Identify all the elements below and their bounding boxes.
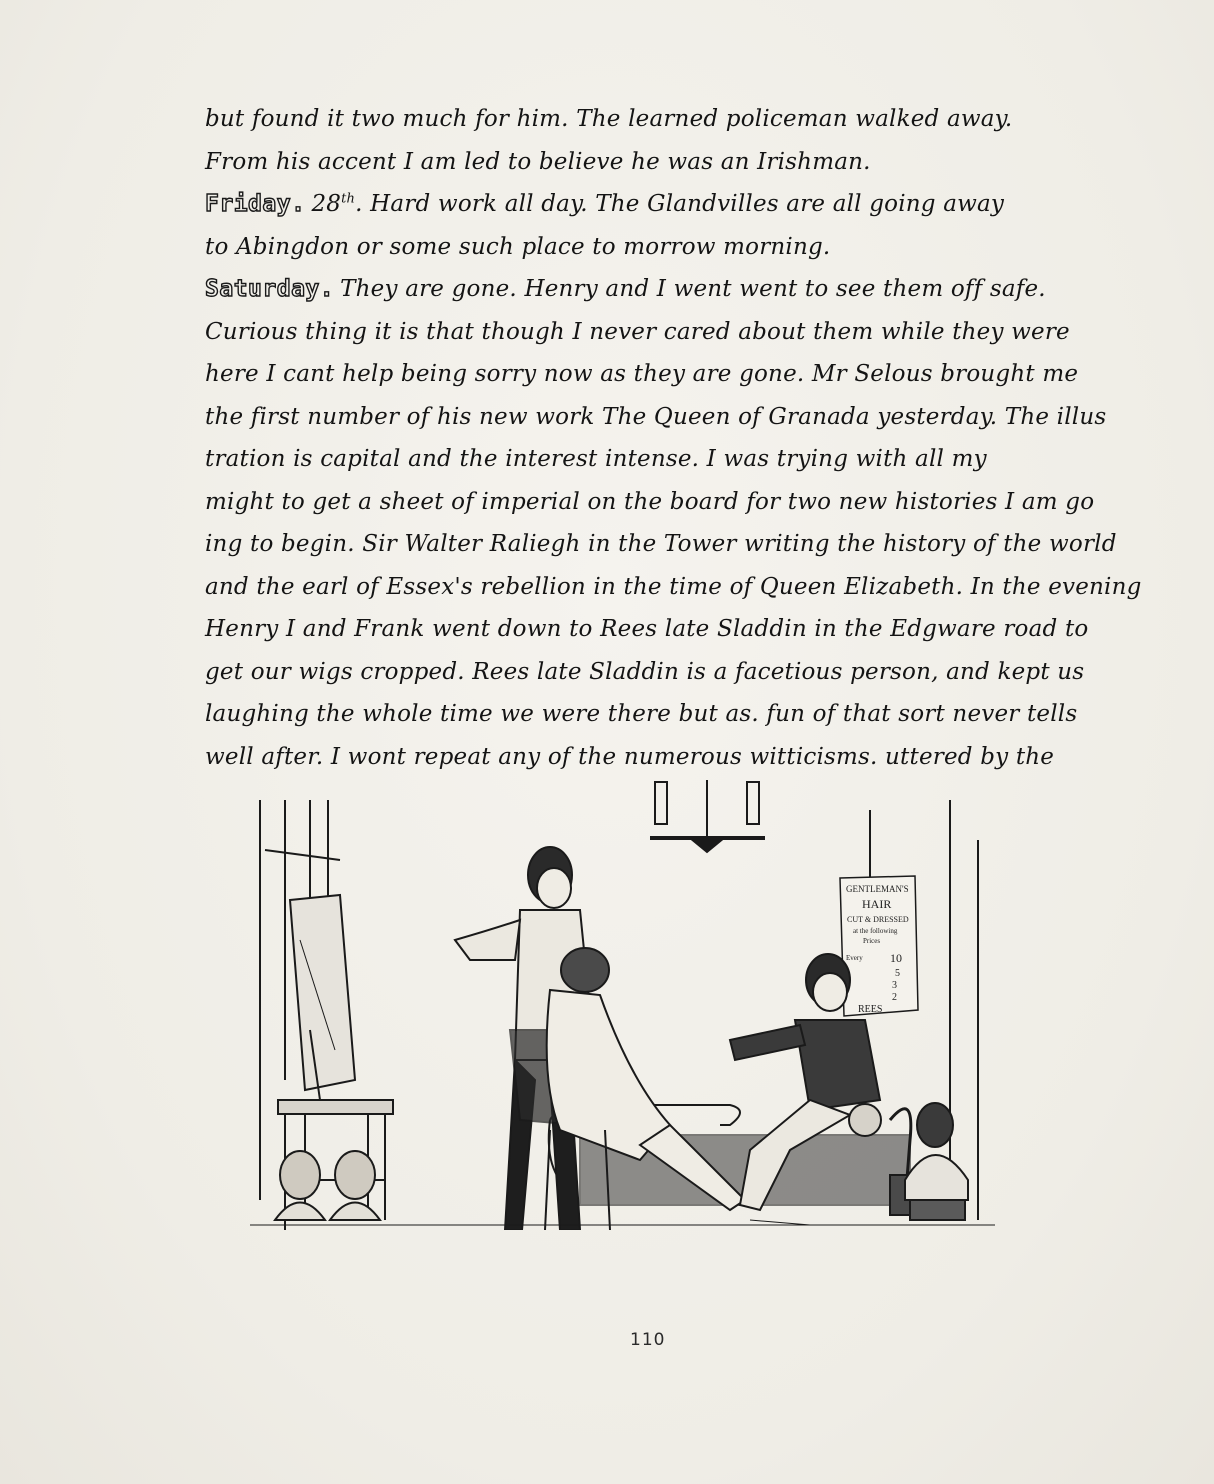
sign-price: 3 <box>892 980 897 991</box>
text-line: well after. I wont repeat any of the num… <box>205 736 1085 779</box>
line-text: the first number of his new work The Que… <box>205 404 1106 430</box>
line-text: and the earl of Essex's rebellion in the… <box>205 574 1142 600</box>
line-text: ing to begin. Sir Walter Raliegh in the … <box>205 531 1117 557</box>
line-text: to Abingdon or some such place to morrow… <box>205 234 830 260</box>
line-text: here I cant help being sorry now as they… <box>205 361 1078 387</box>
sign-cut-dressed: CUT & DRESSED <box>847 915 909 924</box>
text-line: get our wigs cropped. Rees late Sladdin … <box>205 651 1085 694</box>
chandelier <box>650 780 765 852</box>
text-line: From his accent I am led to believe he w… <box>205 141 1085 184</box>
mirror <box>290 895 355 1100</box>
sign-prices: Prices <box>863 937 880 945</box>
text-line: and the earl of Essex's rebellion in the… <box>205 566 1085 609</box>
line-text: well after. I wont repeat any of the num… <box>205 744 1054 770</box>
entry-date: 28 <box>311 191 341 217</box>
sign-price: 2 <box>892 992 897 1003</box>
line-text: tration is capital and the interest inte… <box>205 446 987 472</box>
line-text: . Hard work all day. The Glandvilles are… <box>355 191 1004 217</box>
text-line: might to get a sheet of imperial on the … <box>205 481 1085 524</box>
text-line: to Abingdon or some such place to morrow… <box>205 226 1085 269</box>
line-text: From his accent I am led to believe he w… <box>205 149 871 175</box>
sign-hair: HAIR <box>862 897 891 911</box>
line-text: might to get a sheet of imperial on the … <box>205 489 1094 515</box>
page-number: 110 <box>630 1330 665 1350</box>
day-heading-saturday: Saturday. <box>205 276 334 302</box>
price-sign: GENTLEMAN'S HAIR CUT & DRESSED at the fo… <box>840 876 918 1016</box>
female-wig-bust <box>905 1103 968 1220</box>
text-line: Curious thing it is that though I never … <box>205 311 1085 354</box>
text-line: ing to begin. Sir Walter Raliegh in the … <box>205 523 1085 566</box>
line-text: Curious thing it is that though I never … <box>205 319 1070 345</box>
wig-busts <box>275 1151 380 1220</box>
sign-title: GENTLEMAN'S <box>846 884 909 894</box>
barber-shop-illustration: GENTLEMAN'S HAIR CUT & DRESSED at the fo… <box>250 780 995 1230</box>
text-line: Henry I and Frank went down to Rees late… <box>205 608 1085 651</box>
sign-price: 10 <box>890 951 902 965</box>
line-text: laughing the whole time we were there bu… <box>205 701 1077 727</box>
line-text: Henry I and Frank went down to Rees late… <box>205 616 1088 642</box>
text-line-saturday: Saturday.They are gone. Henry and I went… <box>205 268 1085 311</box>
text-line: the first number of his new work The Que… <box>205 396 1085 439</box>
line-text: but found it two much for him. The learn… <box>205 106 1012 132</box>
sign-following: at the following <box>853 927 898 935</box>
text-line: but found it two much for him. The learn… <box>205 98 1085 141</box>
text-line-friday: Friday.28th. Hard work all day. The Glan… <box>205 183 1085 226</box>
sign-price: 5 <box>895 968 900 979</box>
line-text: get our wigs cropped. Rees late Sladdin … <box>205 659 1084 685</box>
handwritten-text-block: but found it two much for him. The learn… <box>205 98 1085 778</box>
day-heading-friday: Friday. <box>205 191 305 217</box>
date-suffix: th <box>341 191 355 206</box>
text-line: tration is capital and the interest inte… <box>205 438 1085 481</box>
diary-page: but found it two much for him. The learn… <box>0 0 1214 1484</box>
text-line: here I cant help being sorry now as they… <box>205 353 1085 396</box>
sign-rees: REES <box>858 1004 882 1015</box>
text-line: laughing the whole time we were there bu… <box>205 693 1085 736</box>
line-text: They are gone. Henry and I went went to … <box>340 276 1046 302</box>
sign-every: Every <box>846 954 863 962</box>
